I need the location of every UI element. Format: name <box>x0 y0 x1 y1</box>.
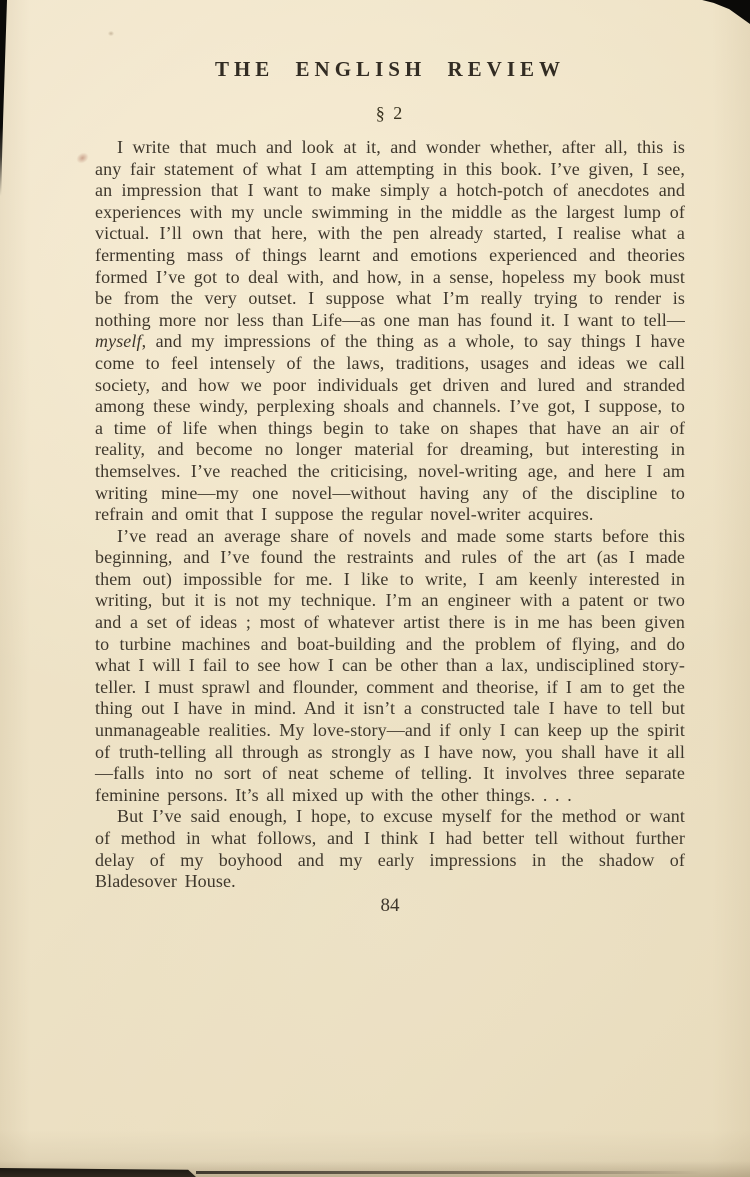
italic-text-segment: myself <box>95 331 142 351</box>
page-number: 84 <box>95 895 685 917</box>
paragraph: But I’ve said enough, I hope, to excuse … <box>95 806 685 892</box>
page-content: THE ENGLISH REVIEW § 2 I write that much… <box>95 0 685 917</box>
text-segment: But I’ve said enough, I hope, to excuse … <box>95 806 685 891</box>
scanned-book-page: THE ENGLISH REVIEW § 2 I write that much… <box>0 0 750 1177</box>
text-segment: , and my impressions of the thing as a w… <box>95 331 685 524</box>
paragraph: I’ve read an average share of novels and… <box>95 526 685 807</box>
text-segment: I write that much and look at it, and wo… <box>95 137 685 330</box>
ink-smudge <box>74 150 90 165</box>
scan-edge-top-right-artifact <box>698 0 750 24</box>
scan-edge-left-artifact <box>0 0 7 196</box>
text-segment: I’ve read an average share of novels and… <box>95 526 685 805</box>
page-body: I write that much and look at it, and wo… <box>95 137 685 893</box>
page-bottom-shadow <box>0 1161 750 1177</box>
paragraph: I write that much and look at it, and wo… <box>95 137 685 526</box>
journal-title: THE ENGLISH REVIEW <box>95 57 685 82</box>
section-mark: § 2 <box>95 103 685 124</box>
scan-edge-bottom-left-artifact <box>0 1168 196 1177</box>
scan-edge-bottom-line-artifact <box>196 1171 701 1174</box>
